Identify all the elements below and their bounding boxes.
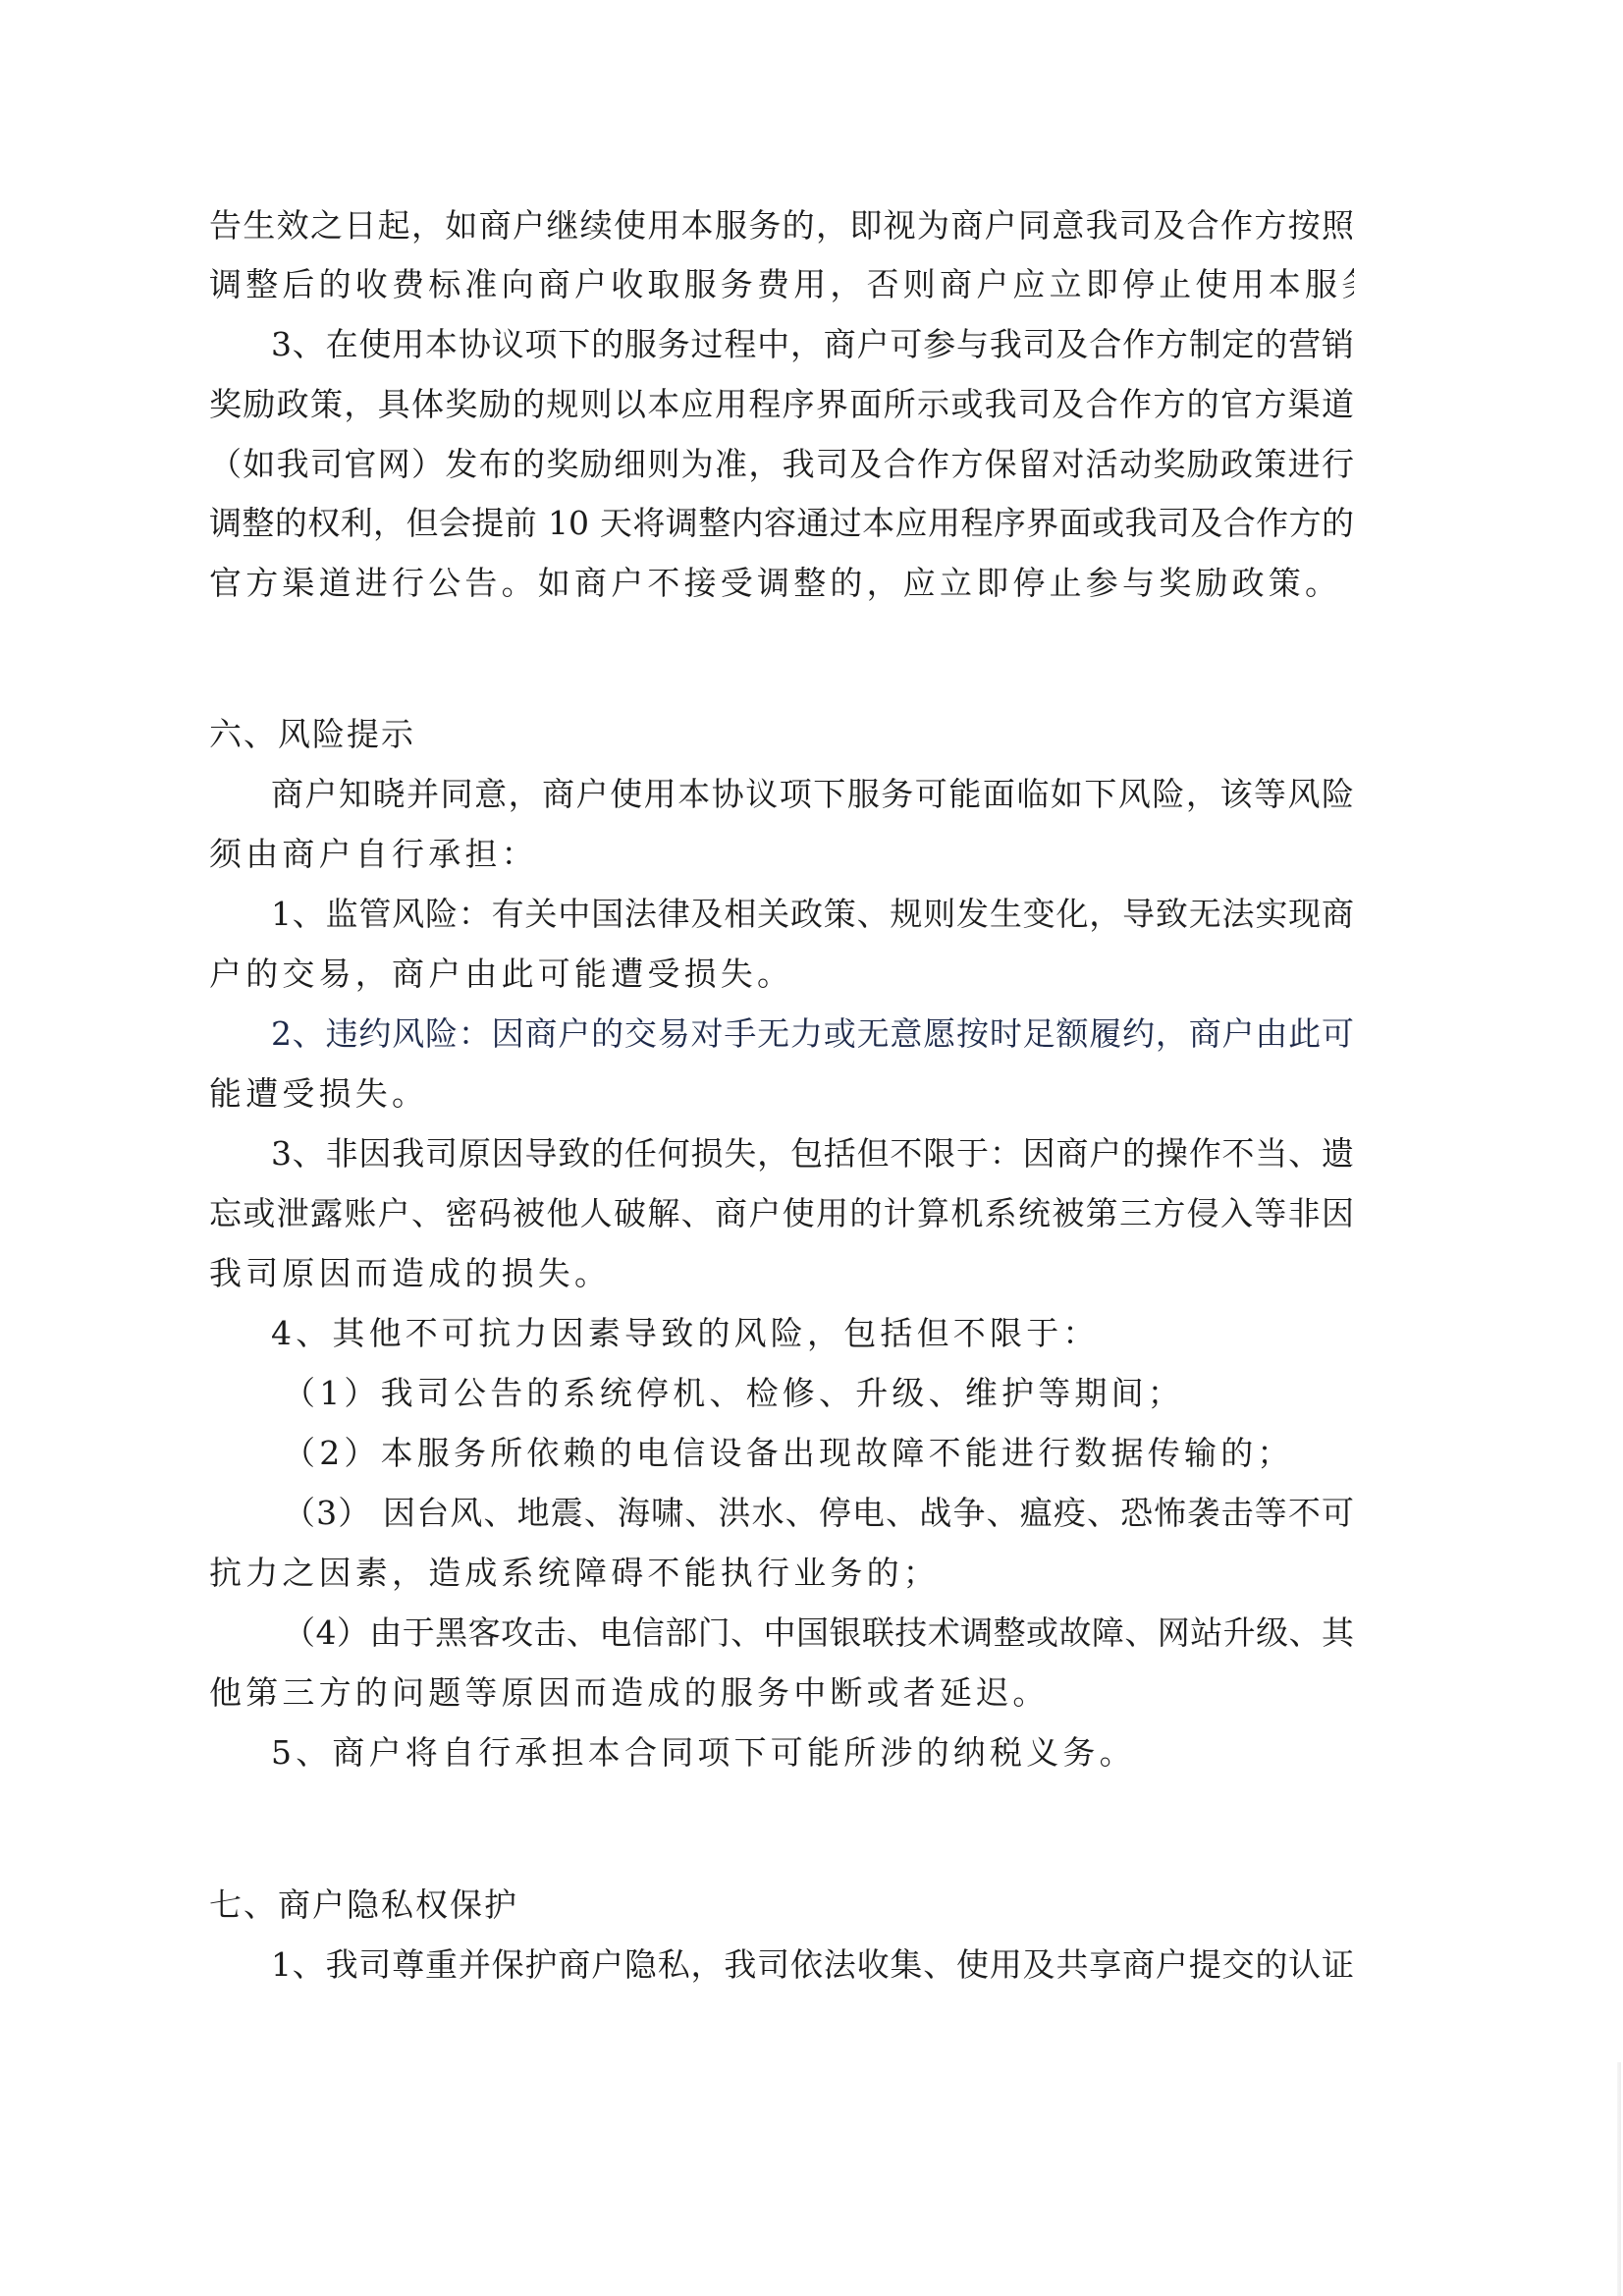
scan-edge-artifact xyxy=(1617,2062,1621,2296)
section-heading-privacy: 七、商户隐私权保护 xyxy=(209,1886,1354,1925)
clause-3-line: 调整的权利，但会提前 10 天将调整内容通过本应用程序界面或我司及合作方的 xyxy=(209,504,1354,543)
risk-subitem-4-line: 他第三方的问题等原因而造成的服务中断或者延迟。 xyxy=(209,1673,1354,1713)
clause-3-line: 官方渠道进行公告。如商户不接受调整的，应立即停止参与奖励政策。 xyxy=(209,564,1354,603)
privacy-item-1-line: 1、我司尊重并保护商户隐私，我司依法收集、使用及共享商户提交的认证 xyxy=(271,1945,1354,1985)
risk-item-3-line: 我司原因而造成的损失。 xyxy=(209,1254,1354,1293)
risk-intro-line: 商户知晓并同意，商户使用本协议项下服务可能面临如下风险，该等风险 xyxy=(271,775,1354,814)
paragraph-line: 告生效之日起，如商户继续使用本服务的，即视为商户同意我司及合作方按照 xyxy=(209,206,1354,246)
document-page: 告生效之日起，如商户继续使用本服务的，即视为商户同意我司及合作方按照 调整后的收… xyxy=(0,0,1623,2296)
clause-3-line: 3、在使用本协议项下的服务过程中，商户可参与我司及合作方制定的营销 xyxy=(271,325,1354,364)
risk-item-4-line: 4、其他不可抗力因素导致的风险，包括但不限于： xyxy=(271,1314,1354,1353)
risk-subitem-3-line: 抗力之因素，造成系统障碍不能执行业务的； xyxy=(209,1554,1354,1593)
risk-intro-line: 须由商户自行承担： xyxy=(209,835,1354,874)
clause-3-line: （如我司官网）发布的奖励细则为准，我司及合作方保留对活动奖励政策进行 xyxy=(209,445,1354,484)
risk-item-2-line: 能遭受损失。 xyxy=(209,1074,1354,1114)
risk-subitem-3-line: （3） 因台风、地震、海啸、洪水、停电、战争、瘟疫、恐怖袭击等不可 xyxy=(283,1494,1354,1533)
risk-item-3-line: 3、非因我司原因导致的任何损失，包括但不限于：因商户的操作不当、遗 xyxy=(271,1134,1354,1174)
risk-subitem-1: （1）我司公告的系统停机、检修、升级、维护等期间； xyxy=(283,1374,1354,1413)
risk-subitem-2: （2）本服务所依赖的电信设备出现故障不能进行数据传输的； xyxy=(283,1434,1354,1473)
risk-subitem-4-line: （4）由于黑客攻击、电信部门、中国银联技术调整或故障、网站升级、其 xyxy=(283,1613,1354,1653)
section-heading-risk: 六、风险提示 xyxy=(209,715,1354,754)
risk-item-5-line: 5、商户将自行承担本合同项下可能所涉的纳税义务。 xyxy=(271,1733,1354,1773)
paragraph-line: 调整后的收费标准向商户收取服务费用，否则商户应立即停止使用本服务。 xyxy=(209,265,1354,304)
risk-item-1-line: 1、监管风险：有关中国法律及相关政策、规则发生变化，导致无法实现商 xyxy=(271,895,1354,934)
risk-item-2-line: 2、违约风险：因商户的交易对手无力或无意愿按时足额履约，商户由此可 xyxy=(271,1014,1354,1054)
risk-item-3-line: 忘或泄露账户、密码被他人破解、商户使用的计算机系统被第三方侵入等非因 xyxy=(209,1194,1354,1233)
clause-3-line: 奖励政策，具体奖励的规则以本应用程序界面所示或我司及合作方的官方渠道 xyxy=(209,385,1354,424)
risk-item-1-line: 户的交易，商户由此可能遭受损失。 xyxy=(209,955,1354,994)
